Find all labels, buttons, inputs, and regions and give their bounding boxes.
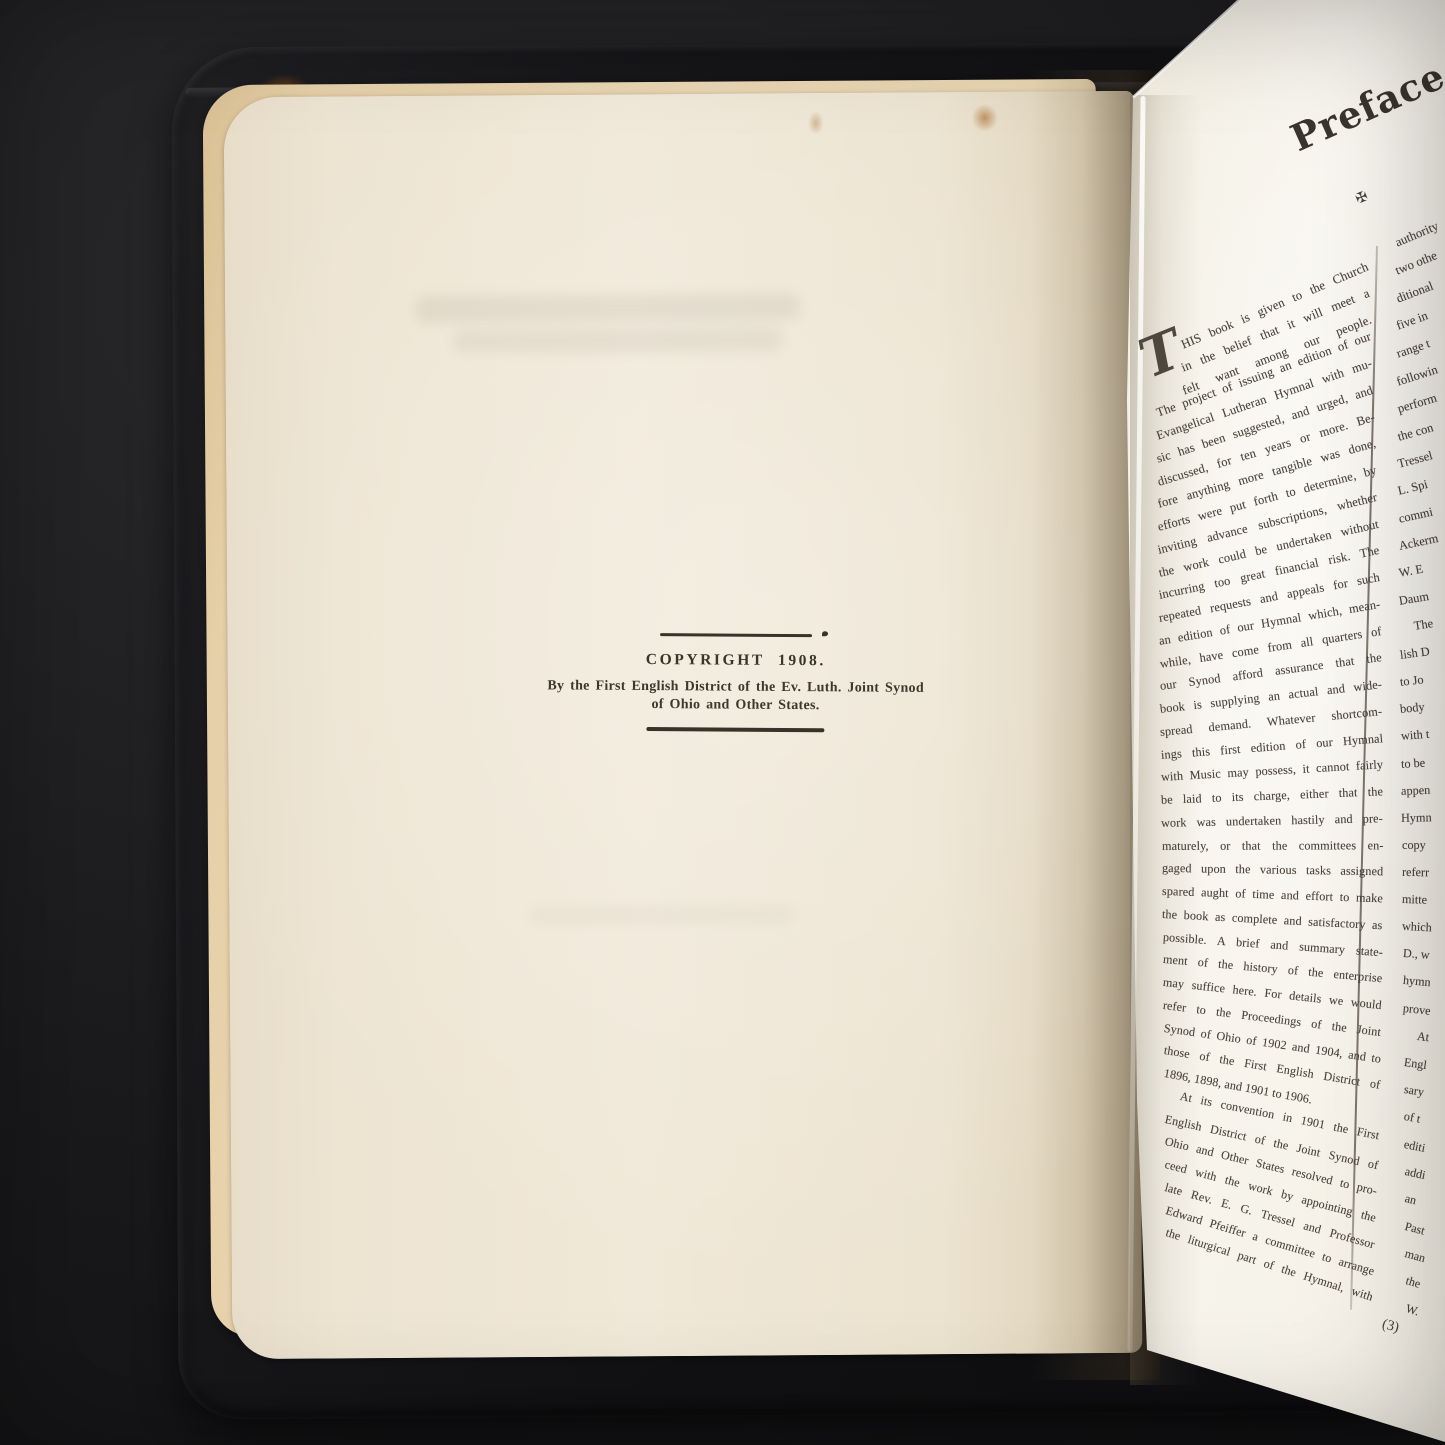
preface-fragment: man xyxy=(1404,1247,1428,1266)
preface-fragment: Hymn xyxy=(1401,810,1432,825)
preface-line: be laid to its charge, either that the xyxy=(1161,785,1384,808)
preface-fragment: range t xyxy=(1395,336,1432,361)
preface-fragment: L. Spi xyxy=(1397,478,1430,500)
preface-fragment: commi xyxy=(1397,505,1434,527)
preface-fragment: W. xyxy=(1404,1302,1421,1320)
preface-fragment: of t xyxy=(1403,1110,1422,1127)
preface-fragment: Tressel xyxy=(1396,448,1434,471)
preface-fragment: appen xyxy=(1401,783,1431,799)
preface-fragment: mitte xyxy=(1402,892,1428,907)
preface-fragment: Ackerm xyxy=(1397,531,1439,554)
preface-fragment: D., w xyxy=(1402,947,1430,963)
preface-line: maturely, or that the committees en- xyxy=(1162,838,1384,853)
preface-fragment: referr xyxy=(1402,865,1429,880)
preface-fragment: Daum xyxy=(1398,589,1430,609)
preface-fragment: to Jo xyxy=(1399,673,1424,690)
preface-line: the book as complete and satisfactory as xyxy=(1162,907,1383,933)
preface-fragment: Past xyxy=(1403,1219,1426,1238)
cross-ornament-icon: ✠ xyxy=(1353,188,1370,207)
page-number: (3) xyxy=(1380,1316,1401,1337)
preface-fragment: sary xyxy=(1403,1082,1425,1099)
preface-fragment: to be xyxy=(1400,755,1425,771)
preface-fragment: At xyxy=(1417,1030,1431,1046)
preface-fragment: hymn xyxy=(1402,974,1431,991)
preface-fragment: editi xyxy=(1403,1137,1427,1155)
preface-fragment: W. E xyxy=(1398,562,1425,581)
preface-fragment: addi xyxy=(1403,1164,1426,1182)
preface-fragment: with t xyxy=(1400,727,1429,744)
preface-fragment: followin xyxy=(1395,362,1440,389)
preface-fragment: ditional xyxy=(1394,279,1435,307)
preface-text-layer: Preface ✠ T (3) HIS book is given to the… xyxy=(0,0,1445,1445)
preface-heading: Preface xyxy=(1284,53,1445,160)
preface-fragment: the con xyxy=(1396,420,1435,444)
preface-fragment: copy xyxy=(1402,838,1426,853)
preface-fragment: lish D xyxy=(1399,644,1431,662)
preface-line: with Music may possess, it cannot fairly xyxy=(1160,758,1383,785)
preface-line: spared aught of time and effort to make xyxy=(1162,884,1383,906)
preface-fragment: Engl xyxy=(1403,1055,1428,1073)
preface-fragment: the xyxy=(1404,1274,1422,1292)
preface-fragment: The xyxy=(1412,616,1433,633)
preface-fragment: prove xyxy=(1402,1001,1431,1018)
drop-cap: T xyxy=(1132,321,1189,386)
preface-fragment: perform xyxy=(1395,391,1438,417)
preface-fragment: two othe xyxy=(1393,248,1439,278)
preface-fragment: which xyxy=(1402,919,1433,935)
preface-fragment: five in xyxy=(1394,309,1430,334)
preface-line: gaged upon the various tasks assigned xyxy=(1162,861,1383,879)
preface-fragment: body xyxy=(1400,700,1426,717)
column-divider-rule xyxy=(1350,246,1378,1310)
preface-fragment: an xyxy=(1403,1192,1417,1209)
book-photo: COPYRIGHT 1908. By the First English Dis… xyxy=(0,0,1445,1445)
preface-fragment: authority xyxy=(1393,219,1441,251)
preface-line: work was undertaken hastily and pre- xyxy=(1161,811,1383,830)
